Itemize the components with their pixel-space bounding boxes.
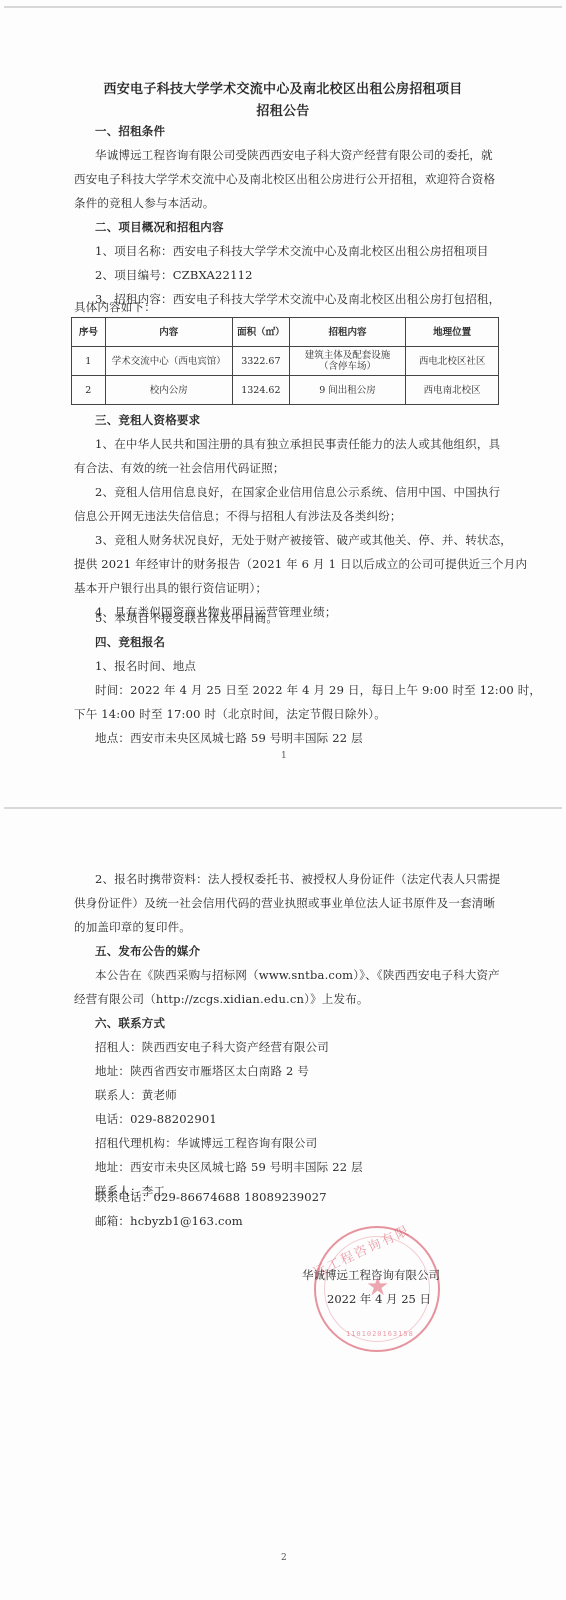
contact-line: 联系人：黄老师 <box>95 1088 177 1102</box>
seal-code: 1101020163158 <box>346 1330 414 1338</box>
cell-no: 2 <box>72 376 106 405</box>
registration-materials: 2、报名时携带资料：法人授权委托书、被授权人身份证件（法定代表人只需提 <box>95 872 500 886</box>
section1-heading: 一、招租条件 <box>95 124 165 138</box>
registration-time: 时间：2022 年 4 月 25 日至 2022 年 4 月 29 日，每日上午… <box>95 683 541 697</box>
cell-location: 西电北校区社区 <box>406 347 499 376</box>
cell-lease-line: 建筑主体及配套设施 <box>290 350 406 361</box>
contact-line: 地址：西安市未央区凤城七路 59 号明丰国际 22 层 <box>95 1160 363 1174</box>
cell-lease: 9 间出租公房 <box>289 376 406 405</box>
qualification-line: 5、本项目不接受联合体及中间商。 <box>95 611 278 625</box>
table-row: 1 学术交流中心（西电宾馆） 3322.67 建筑主体及配套设施（含停车场） 西… <box>72 347 499 376</box>
section1-para: 条件的竞租人参与本活动。 <box>74 196 214 210</box>
cell-area: 3322.67 <box>232 347 289 376</box>
registration-time: 下午 14:00 时至 17:00 时（北京时间，法定节假日除外）。 <box>74 707 386 721</box>
qualification-line: 基本开户银行出具的银行资信证明）； <box>74 581 267 595</box>
page-separator <box>4 807 562 809</box>
document-title: 西安电子科技大学学术交流中心及南北校区出租公房招租项目 <box>0 78 566 97</box>
cell-lease: 建筑主体及配套设施（含停车场） <box>289 347 406 376</box>
qualification-line: 1、在中华人民共和国注册的具有独立承担民事责任能力的法人或其他组织，具 <box>95 437 500 451</box>
contact-phone: 联系电话：029-86674688 18089239027 <box>95 1190 327 1204</box>
col-header-content: 内容 <box>105 318 232 347</box>
section1-para: 华诚博远工程咨询有限公司受陕西西安电子科大资产经营有限公司的委托，就 <box>95 148 493 162</box>
cell-location: 西电南北校区 <box>406 376 499 405</box>
cell-lease-line: （含停车场） <box>290 361 406 372</box>
section1-para: 西安电子科技大学学术交流中心及南北校区出租公房进行公开招租，欢迎符合资格 <box>74 172 495 186</box>
contact-line: 招租人：陕西西安电子科大资产经营有限公司 <box>95 1040 329 1054</box>
contact-line: 电话：029-88202901 <box>95 1112 217 1126</box>
signature-company: 华诚博远工程咨询有限公司 <box>302 1267 440 1283</box>
project-name: 1、项目名称：西安电子科技大学学术交流中心及南北校区出租公房招租项目 <box>95 244 489 258</box>
col-header-lease: 招租内容 <box>289 318 406 347</box>
registration-place: 地点：西安市未央区凤城七路 59 号明丰国际 22 层 <box>95 731 363 745</box>
col-header-location: 地理位置 <box>406 318 499 347</box>
qualification-line: 信息公开网无违法失信信息；不得与招租人有涉法及各类纠纷； <box>74 509 402 523</box>
cell-content: 校内公房 <box>105 376 232 405</box>
section6-heading: 六、联系方式 <box>95 1016 165 1030</box>
signature-date: 2022 年 4 月 25 日 <box>327 1291 431 1307</box>
qualification-line: 有合法、有效的统一社会信用代码证照； <box>74 461 285 475</box>
registration-materials: 供身份证件）及统一社会信用代码的营业执照或事业单位法人证书原件及一套清晰 <box>74 896 495 910</box>
lease-table: 序号 内容 面积（㎡） 招租内容 地理位置 1 学术交流中心（西电宾馆） 332… <box>71 317 499 405</box>
cell-no: 1 <box>72 347 106 376</box>
section3-heading: 三、竞租人资格要求 <box>95 413 200 427</box>
qualification-line: 3、竞租人财务状况良好，无处于财产被接管、破产或其他关、停、并、转状态， <box>95 533 512 547</box>
col-header-area: 面积（㎡） <box>232 318 289 347</box>
page-top-edge <box>4 6 562 8</box>
project-number: 2、项目编号：CZBXA22112 <box>95 268 253 282</box>
media-line: 本公告在《陕西采购与招标网（www.sntba.com）》、《陕西西安电子科大资… <box>95 968 500 982</box>
contact-line: 招租代理机构：华诚博远工程咨询有限公司 <box>95 1136 317 1150</box>
company-seal-stamp: 远工程咨询有限 ★ 1101020163158 <box>314 1226 440 1352</box>
media-line: 经营有限公司（http://zcgs.xidian.edu.cn）》上发布。 <box>74 992 369 1006</box>
page-number-2: 2 <box>281 1553 287 1563</box>
qualification-line: 提供 2021 年经审计的财务报告（2021 年 6 月 1 日以后成立的公司可… <box>74 557 527 571</box>
page-number-1: 1 <box>281 751 287 761</box>
cell-lease-line: 9 间出租公房 <box>290 385 406 396</box>
table-header-row: 序号 内容 面积（㎡） 招租内容 地理位置 <box>72 318 499 347</box>
cell-area: 1324.62 <box>232 376 289 405</box>
section4-heading: 四、竞租报名 <box>95 635 165 649</box>
section2-heading: 二、项目概况和招租内容 <box>95 220 224 234</box>
document-subtitle: 招租公告 <box>0 100 566 119</box>
registration-materials: 的加盖印章的复印件。 <box>74 920 191 934</box>
registration-sub1: 1、报名时间、地点 <box>95 659 196 673</box>
contact-line: 地址：陕西省西安市雁塔区太白南路 2 号 <box>95 1064 309 1078</box>
contact-email: 邮箱：hcbyzb1@163.com <box>95 1214 243 1228</box>
section5-heading: 五、发布公告的媒介 <box>95 944 200 958</box>
col-header-no: 序号 <box>72 318 106 347</box>
qualification-line: 2、竞租人信用信息良好，在国家企业信用信息公示系统、信用中国、中国执行 <box>95 485 500 499</box>
cell-content: 学术交流中心（西电宾馆） <box>105 347 232 376</box>
lease-content-cont: 具体内容如下： <box>74 300 156 314</box>
table-row: 2 校内公房 1324.62 9 间出租公房 西电南北校区 <box>72 376 499 405</box>
